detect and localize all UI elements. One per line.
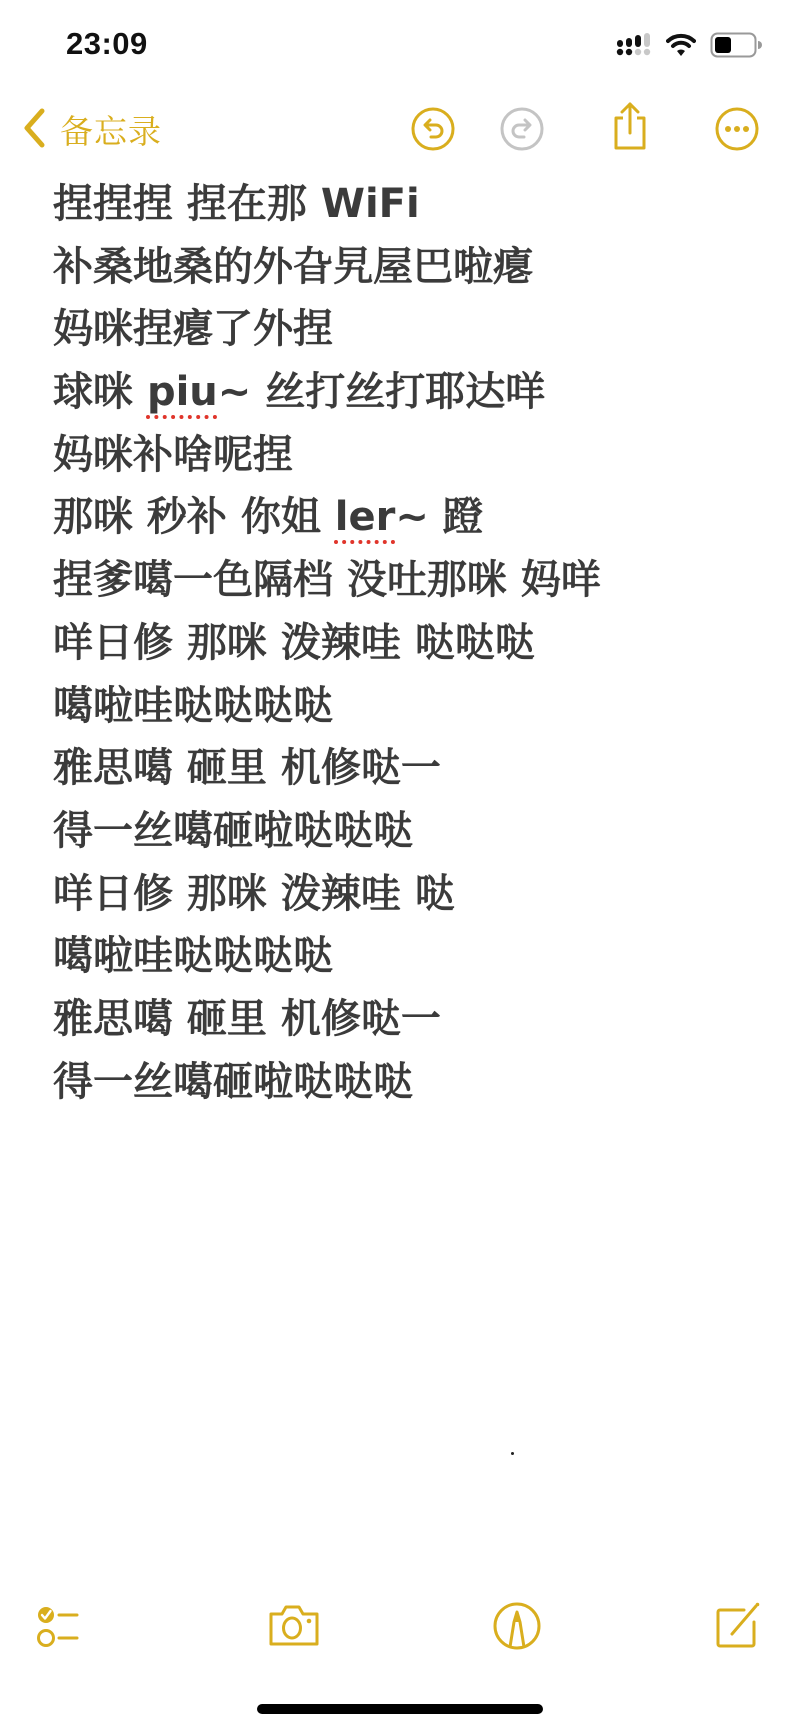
- note-line[interactable]: 噶啦哇哒哒哒哒: [53, 930, 773, 993]
- note-text: 那咪 秒补 你姐: [53, 494, 335, 540]
- note-text: 得一丝噶砸啦哒哒哒: [53, 808, 413, 854]
- stray-dot: [511, 1452, 514, 1455]
- note-line[interactable]: 雅思噶 砸里 机修哒一: [53, 742, 773, 805]
- note-text: ~ 丝打丝打耶达咩: [218, 369, 545, 415]
- note-line[interactable]: 咩日修 那咪 泼辣哇 哒: [53, 868, 773, 931]
- note-text: 噶啦哇哒哒哒哒: [53, 933, 333, 979]
- compose-icon: [710, 1598, 766, 1654]
- note-text: 雅思噶 砸里 机修哒一: [53, 996, 441, 1042]
- note-text: ~ 蹬: [395, 494, 482, 540]
- note-text: 得一丝噶砸啦哒哒哒: [53, 1059, 413, 1105]
- note-line[interactable]: 捏爹噶一色隔档 没吐那咪 妈咩: [53, 554, 773, 617]
- note-line[interactable]: 雅思噶 砸里 机修哒一: [53, 993, 773, 1056]
- undo-button[interactable]: [410, 106, 456, 152]
- checklist-button[interactable]: [32, 1598, 88, 1654]
- cellular-signal-icon: [616, 33, 652, 57]
- notes-app-screen: 23:09: [0, 0, 800, 1731]
- note-line[interactable]: 捏捏捏 捏在那 WiFi: [53, 178, 773, 241]
- note-line[interactable]: 妈咪捏瘪了外捏: [53, 303, 773, 366]
- misspelled-word: ler: [335, 494, 396, 540]
- status-time: 23:09: [66, 26, 148, 62]
- note-line[interactable]: 补桑地桑的外旮旯屋巴啦瘪: [53, 241, 773, 304]
- note-text: 捏爹噶一色隔档 没吐那咪 妈咩: [53, 557, 601, 603]
- note-text: 补桑地桑的外旮旯屋巴啦瘪: [53, 244, 533, 290]
- navigation-bar: 备忘录: [0, 96, 800, 160]
- markup-button[interactable]: [489, 1598, 545, 1654]
- back-label: 备忘录: [60, 106, 162, 153]
- redo-button[interactable]: [499, 106, 545, 152]
- camera-button[interactable]: [266, 1598, 322, 1654]
- ellipsis-circle-icon: [714, 106, 760, 152]
- bottom-toolbar: [0, 1590, 800, 1660]
- back-button[interactable]: 备忘录: [22, 106, 162, 153]
- share-icon: [607, 100, 653, 152]
- note-text: 妈咪捏瘪了外捏: [53, 306, 333, 352]
- note-text: 球咪: [53, 369, 147, 415]
- misspelled-word: piu: [147, 369, 218, 415]
- checklist-icon: [32, 1598, 88, 1654]
- status-icons: [616, 30, 762, 60]
- home-indicator[interactable]: [257, 1704, 543, 1714]
- camera-icon: [266, 1598, 322, 1654]
- wifi-icon: [666, 33, 696, 57]
- note-text: 咩日修 那咪 泼辣哇 哒: [53, 871, 455, 917]
- note-line[interactable]: 得一丝噶砸啦哒哒哒: [53, 805, 773, 868]
- note-text: 雅思噶 砸里 机修哒一: [53, 745, 441, 791]
- note-line[interactable]: 妈咪补啥呢捏: [53, 429, 773, 492]
- note-text: 捏捏捏 捏在那 WiFi: [53, 181, 420, 227]
- share-button[interactable]: [607, 100, 653, 146]
- note-line[interactable]: 咩日修 那咪 泼辣哇 哒哒哒: [53, 617, 773, 680]
- battery-icon: [710, 32, 762, 58]
- chevron-left-icon: [22, 108, 46, 152]
- redo-icon: [499, 106, 545, 152]
- note-line[interactable]: 那咪 秒补 你姐 ler~ 蹬: [53, 491, 773, 554]
- more-button[interactable]: [714, 106, 760, 152]
- compose-button[interactable]: [710, 1598, 766, 1654]
- note-body[interactable]: 捏捏捏 捏在那 WiFi补桑地桑的外旮旯屋巴啦瘪妈咪捏瘪了外捏球咪 piu~ 丝…: [53, 178, 773, 1118]
- markup-pen-icon: [489, 1598, 545, 1654]
- note-line[interactable]: 球咪 piu~ 丝打丝打耶达咩: [53, 366, 773, 429]
- note-text: 妈咪补啥呢捏: [53, 432, 293, 478]
- note-line[interactable]: 得一丝噶砸啦哒哒哒: [53, 1056, 773, 1119]
- undo-icon: [410, 106, 456, 152]
- note-line[interactable]: 噶啦哇哒哒哒哒: [53, 680, 773, 743]
- note-text: 咩日修 那咪 泼辣哇 哒哒哒: [53, 620, 535, 666]
- note-text: 噶啦哇哒哒哒哒: [53, 683, 333, 729]
